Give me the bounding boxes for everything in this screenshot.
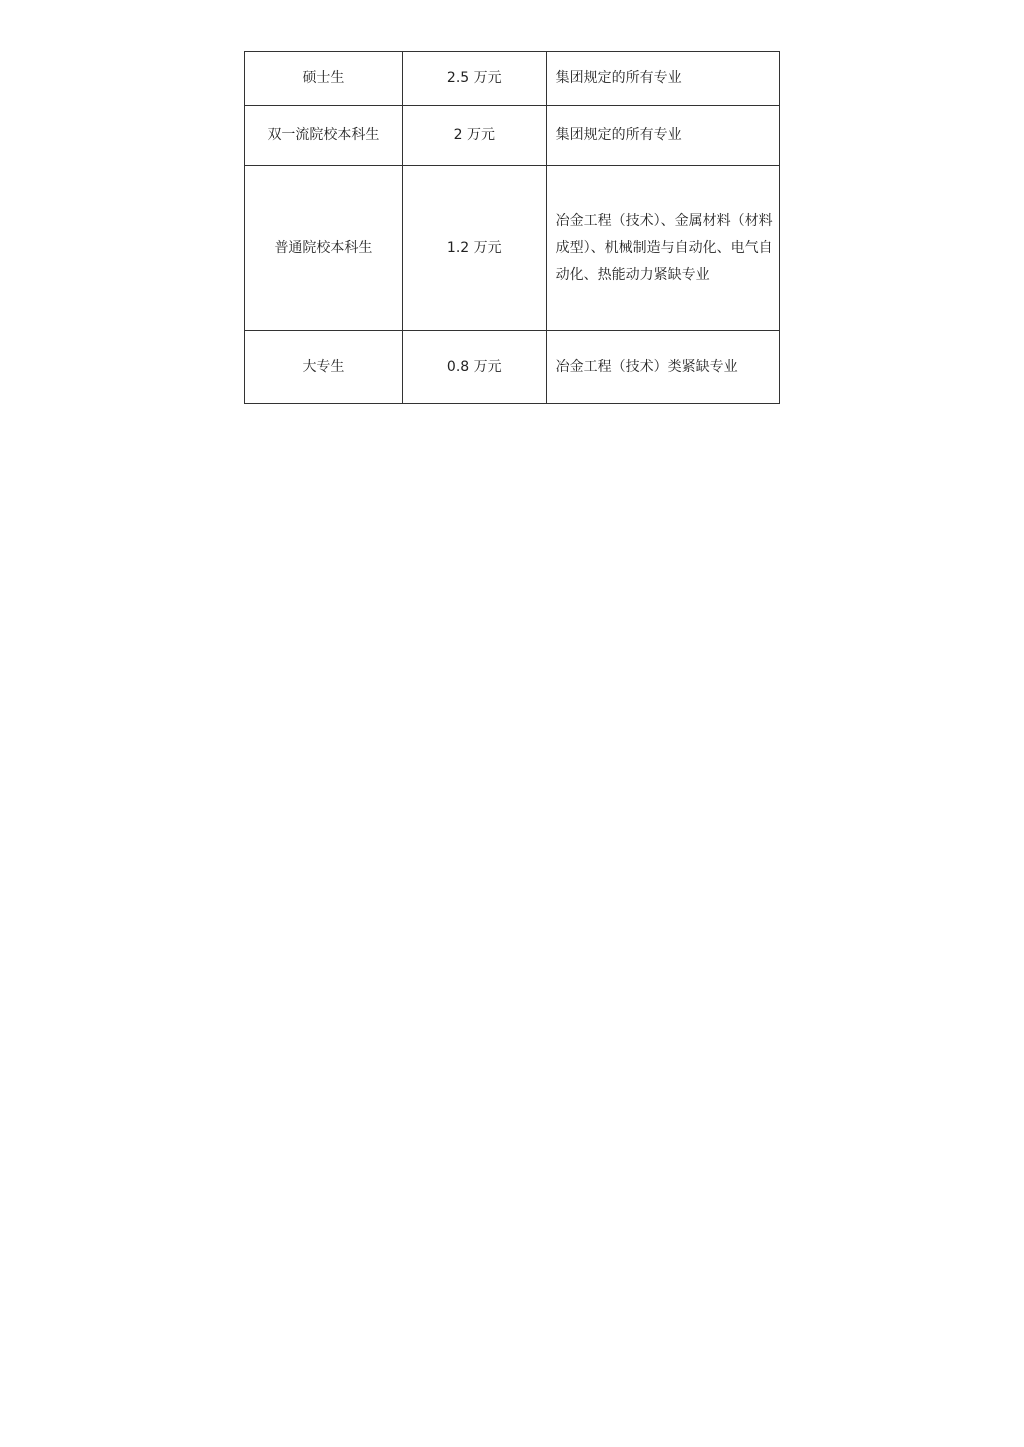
education-level-cell: 硕士生 [245, 52, 403, 106]
education-level-cell: 大专生 [245, 331, 403, 404]
table-row: 硕士生 2.5 万元 集团规定的所有专业 [245, 52, 780, 106]
table-row: 双一流院校本科生 2 万元 集团规定的所有专业 [245, 106, 780, 166]
eligible-majors-cell: 冶金工程（技术）、金属材料（材料成型）、机械制造与自动化、电气自动化、热能动力紧… [546, 166, 779, 331]
subsidy-amount-cell: 1.2 万元 [402, 166, 546, 331]
subsidy-amount-cell: 2 万元 [402, 106, 546, 166]
eligible-majors-cell: 集团规定的所有专业 [546, 106, 779, 166]
table-row: 大专生 0.8 万元 冶金工程（技术）类紧缺专业 [245, 331, 780, 404]
eligible-majors-cell: 集团规定的所有专业 [546, 52, 779, 106]
table-row: 普通院校本科生 1.2 万元 冶金工程（技术）、金属材料（材料成型）、机械制造与… [245, 166, 780, 331]
education-level-cell: 普通院校本科生 [245, 166, 403, 331]
subsidy-amount-cell: 2.5 万元 [402, 52, 546, 106]
subsidy-amount-cell: 0.8 万元 [402, 331, 546, 404]
education-level-cell: 双一流院校本科生 [245, 106, 403, 166]
subsidy-table: 硕士生 2.5 万元 集团规定的所有专业 双一流院校本科生 2 万元 集团规定的… [244, 51, 780, 404]
eligible-majors-cell: 冶金工程（技术）类紧缺专业 [546, 331, 779, 404]
